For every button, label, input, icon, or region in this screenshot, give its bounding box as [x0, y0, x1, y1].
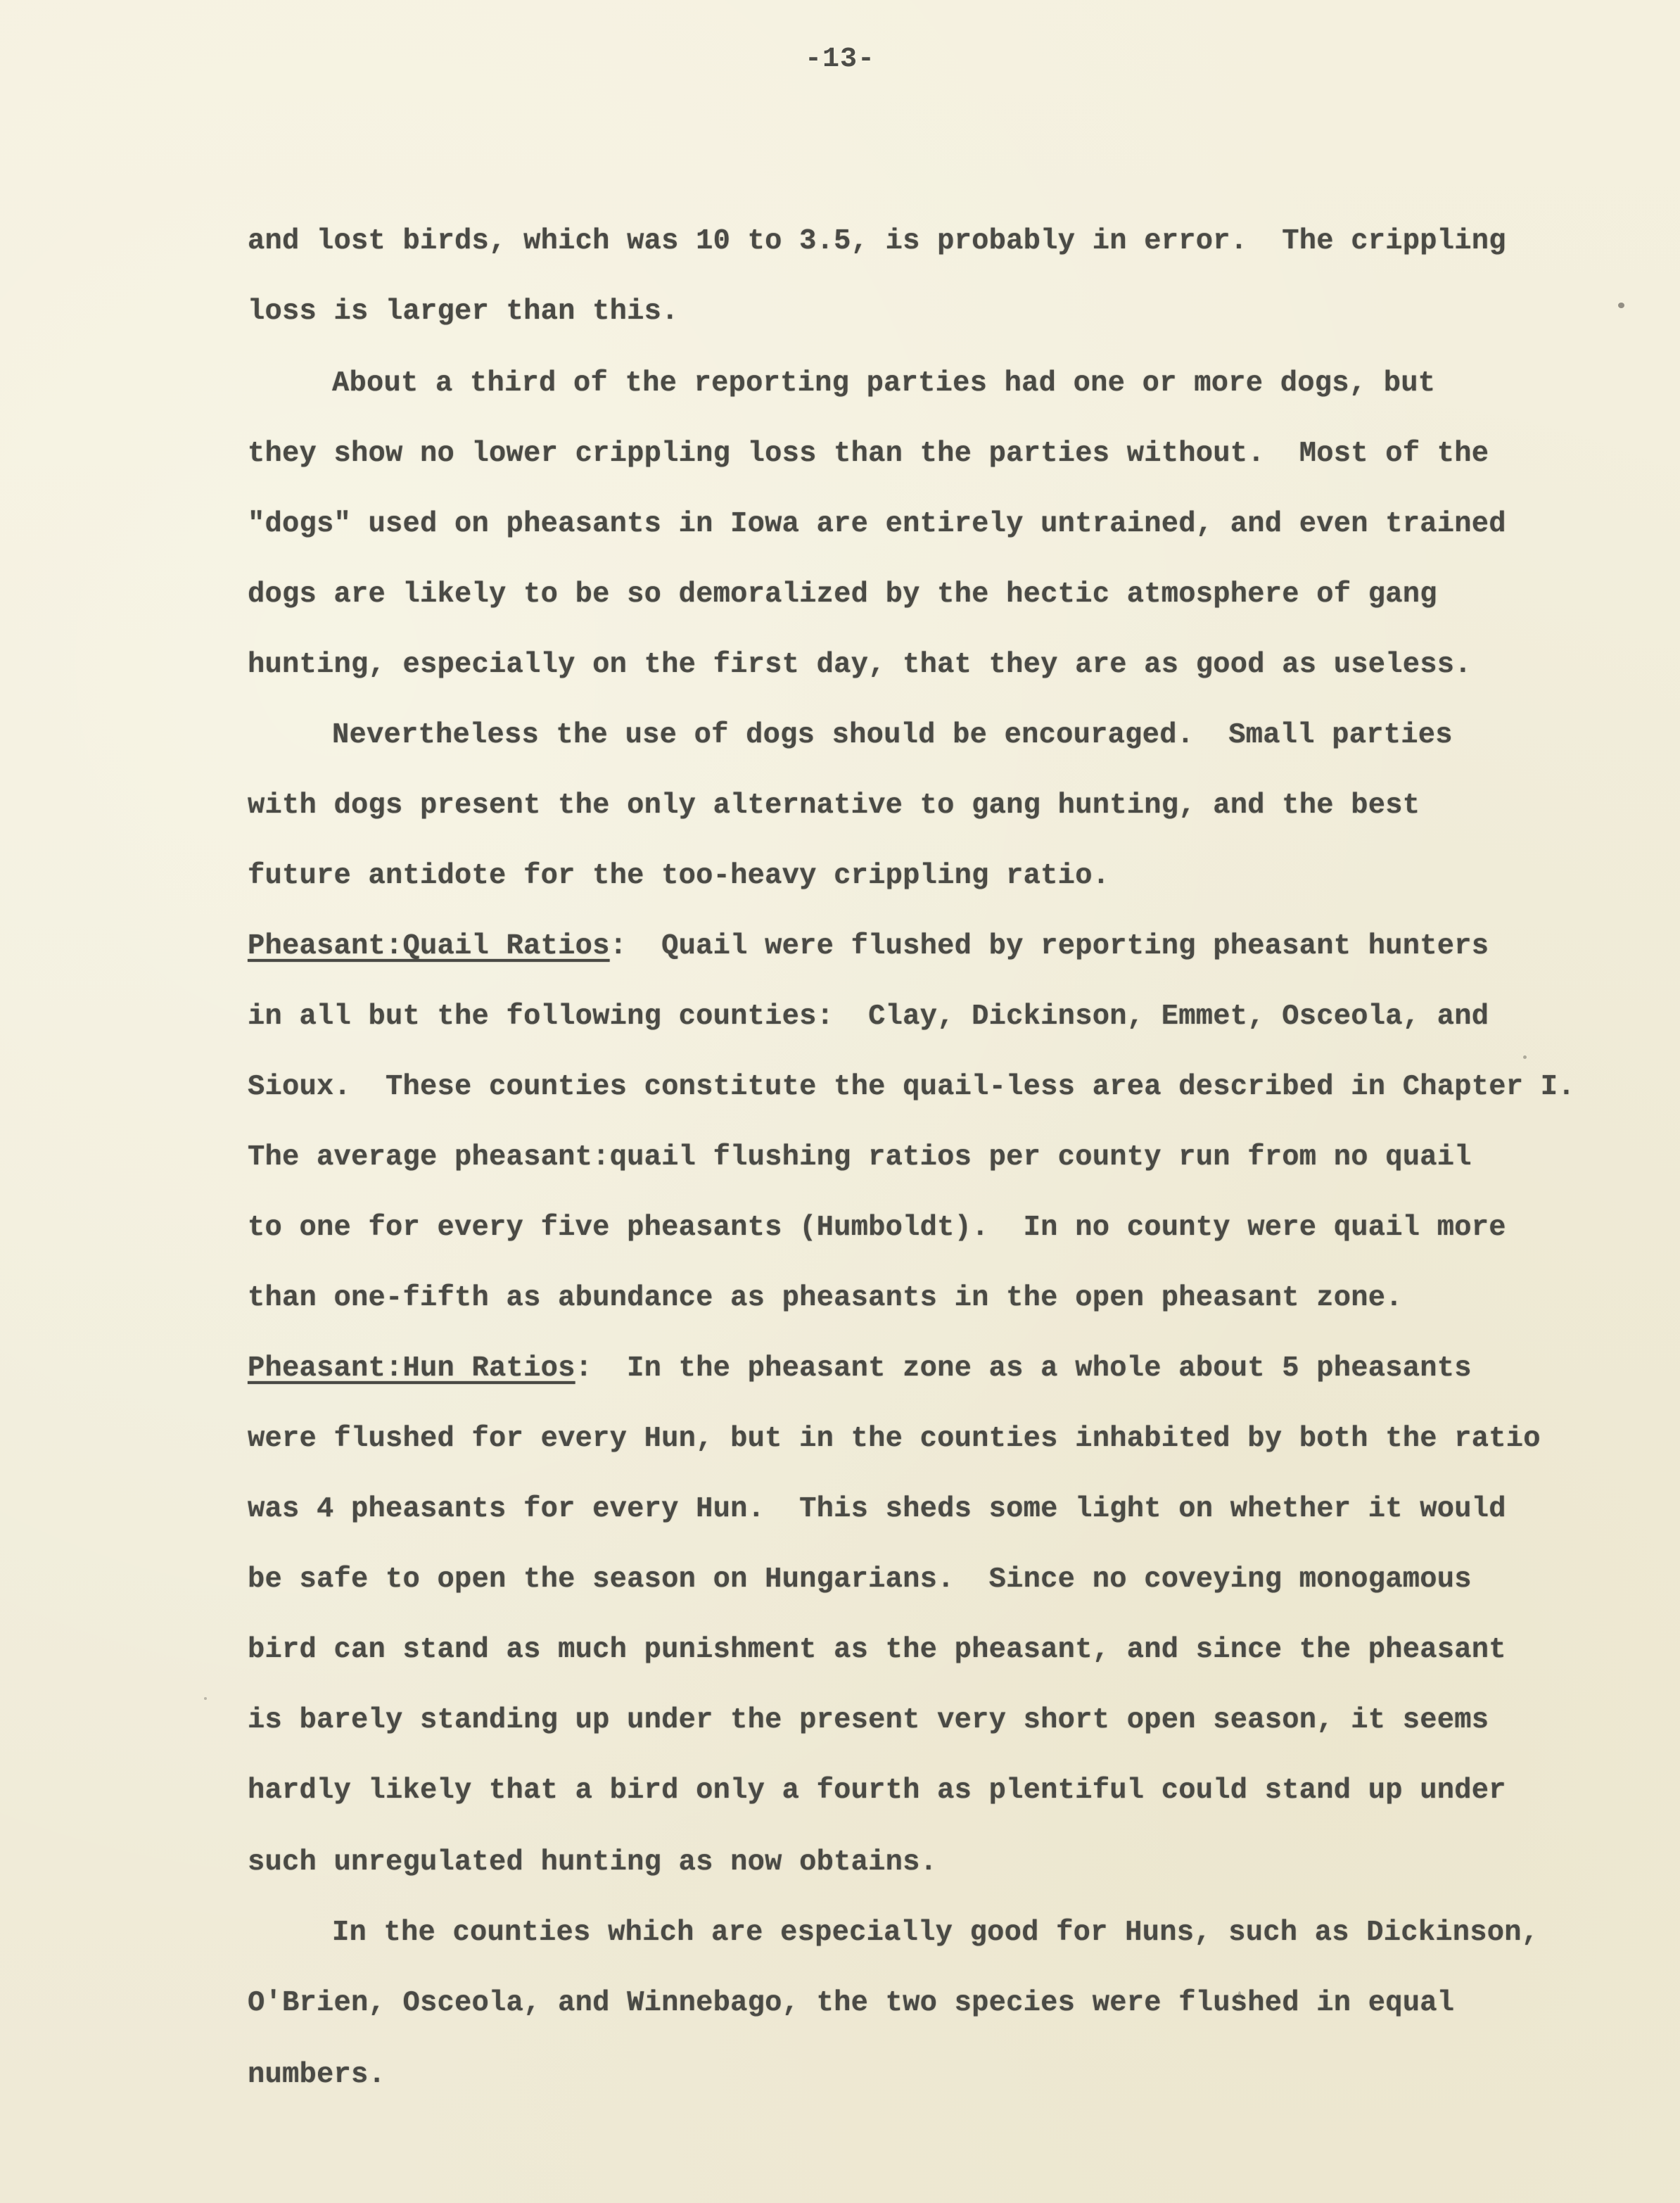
text-line: hunting, especially on the first day, th…	[248, 647, 1472, 683]
text-line: O'Brien, Osceola, and Winnebago, the two…	[248, 1986, 1454, 2021]
paper-speck	[1618, 303, 1624, 308]
section-line-pheasant-quail: Pheasant:Quail Ratios: Quail were flushe…	[248, 929, 1489, 964]
text-line: "dogs" used on pheasants in Iowa are ent…	[248, 507, 1506, 542]
text-line: than one-fifth as abundance as pheasants…	[248, 1281, 1403, 1316]
text-line: be safe to open the season on Hungarians…	[248, 1562, 1472, 1597]
text-line: Sioux. These counties constitute the qua…	[248, 1069, 1575, 1105]
text-line: and lost birds, which was 10 to 3.5, is …	[248, 224, 1506, 259]
text-line: with dogs present the only alternative t…	[248, 788, 1420, 823]
section-heading-pheasant-hun-ratios: Pheasant:Hun Ratios	[248, 1352, 575, 1385]
text-line: The average pheasant:quail flushing rati…	[248, 1140, 1472, 1175]
text-line: they show no lower crippling loss than t…	[248, 436, 1489, 471]
paragraph-start-line: About a third of the reporting parties h…	[332, 366, 1435, 401]
text-line: future antidote for the too-heavy crippl…	[248, 858, 1109, 894]
text-line: to one for every five pheasants (Humbold…	[248, 1210, 1506, 1245]
text-line: in all but the following counties: Clay,…	[248, 999, 1489, 1034]
text-line: loss is larger than this.	[248, 294, 679, 329]
text-line: was 4 pheasants for every Hun. This shed…	[248, 1492, 1506, 1527]
text-line: hardly likely that a bird only a fourth …	[248, 1773, 1506, 1808]
page-number: -13-	[0, 44, 1680, 75]
text-line: bird can stand as much punishment as the…	[248, 1632, 1506, 1668]
paragraph-start-line: In the counties which are especially goo…	[332, 1915, 1539, 1950]
text-line: dogs are likely to be so demoralized by …	[248, 577, 1437, 612]
section-text: : In the pheasant zone as a whole about …	[575, 1352, 1472, 1385]
paper-speck	[1238, 1991, 1241, 1996]
section-text: : Quail were flushed by reporting pheasa…	[610, 930, 1489, 963]
text-line: were flushed for every Hun, but in the c…	[248, 1421, 1541, 1456]
paper-speck	[1523, 1055, 1527, 1059]
paper-speck	[204, 1697, 207, 1700]
text-line: is barely standing up under the present …	[248, 1703, 1489, 1738]
text-line: such unregulated hunting as now obtains.	[248, 1845, 937, 1880]
section-heading-pheasant-quail-ratios: Pheasant:Quail Ratios	[248, 930, 610, 963]
text-line: numbers.	[248, 2057, 386, 2093]
section-line-pheasant-hun: Pheasant:Hun Ratios: In the pheasant zon…	[248, 1351, 1472, 1386]
paragraph-start-line: Nevertheless the use of dogs should be e…	[332, 718, 1453, 753]
